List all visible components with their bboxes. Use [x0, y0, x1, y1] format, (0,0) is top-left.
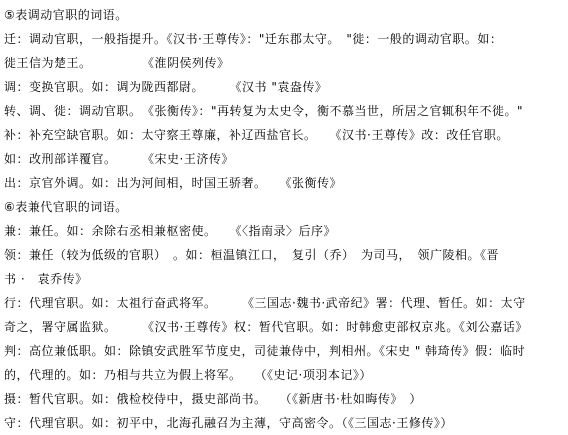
text-line-pan: 判：高位兼低职。如：除镇安武胜军节度史，司徒兼侍中，判相州。《宋史 " 韩琦传》… [4, 339, 564, 363]
text-line-shou: 守：代理官职。如：初平中，北海孔融召为主薄，守高密令。（《三国志·王修传》） [4, 411, 564, 435]
text-line-gai-cont: 如：改刑部详覆官。 《宋史·王济传》 [4, 147, 564, 171]
text-line-xing: 行：代理官职。如：太祖行奋武将军。 《三国志·魏书·武帝纪》署：代理、暂任。如：… [4, 291, 564, 315]
text-line-xi-cont: 徙王信为楚王。 《淮阴侯列传》 [4, 51, 564, 75]
text-line-ling: 领：兼任（较为低级的官职） 。如：桓温镇江口， 复引（乔） 为司马， 领广陵相。… [4, 243, 564, 267]
text-line-section6-title: ⑥表兼代官职的词语。 [4, 195, 564, 219]
text-line-jian: 兼：兼任。如：余除右丞相兼枢密使。 《〈指南录〉后序》 [4, 219, 564, 243]
text-line-zhuan: 转、调、徙：调动官职。 《张衡传》："再转复为太史令，衡不慕当世，所居之官辄积年… [4, 99, 564, 123]
document-page: ⑤表调动官职的词语。 迁：调动官职，一般指提升。《汉书·王尊传》："迁东郡太守。… [0, 0, 568, 435]
text-line-qian: 迁：调动官职，一般指提升。《汉书·王尊传》："迁东郡太守。 "徙：一般的调动官职… [4, 27, 564, 51]
text-line-she: 摄：暂代官职。如：俄检校侍中，摄史部尚书。 （《新唐书·杜如晦传》 ） [4, 387, 564, 411]
text-line-diao: 调：变换官职。如：调为陇西都尉。 《汉书 "袁盎传》 [4, 75, 564, 99]
text-line-ling-cont: 书 · 袁乔传》 [4, 267, 564, 291]
text-line-shu-quan: 奇之，署守属监狱。 《汉书·王尊传》权：暂代官职。如：时韩愈吏部权京兆。《刘公嘉… [4, 315, 564, 339]
text-line-jia-cont: 的，代理的。如：乃相与共立为假上将军。 （《史记·项羽本记》） [4, 363, 564, 387]
text-line-bu: 补：补充空缺官职。如：太守察王尊廉，补辽西盐官长。 《汉书·王尊传》改：改任官职… [4, 123, 564, 147]
text-line-section5-title: ⑤表调动官职的词语。 [4, 3, 564, 27]
text-line-chu: 出：京官外调。如：出为河间相，时国王骄奢。 《张衡传》 [4, 171, 564, 195]
